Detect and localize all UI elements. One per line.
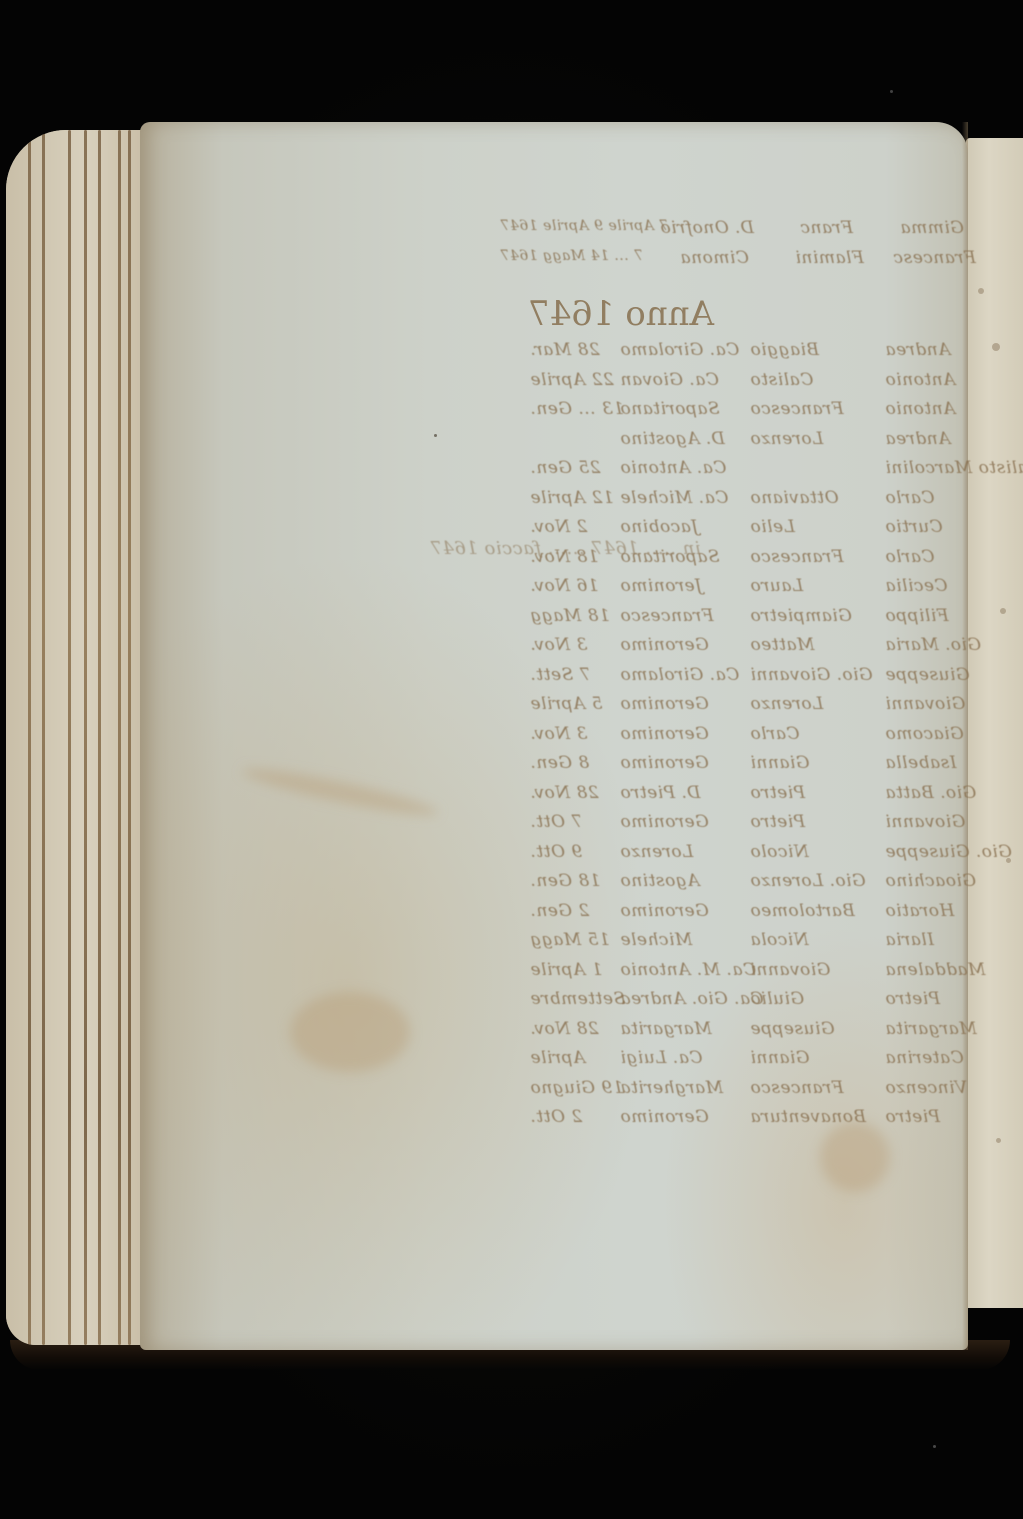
entry-godparent: Jeronimo <box>620 576 702 596</box>
entry-godparent: Jacobino <box>620 517 698 537</box>
entry-godparent: Geronimo <box>620 812 709 832</box>
entry-godparent: Margherita <box>620 1078 723 1098</box>
entry-date: 2 Ott. <box>530 1107 582 1127</box>
entry-date: 22 Aprile <box>530 370 614 390</box>
entry-father: Gianni <box>750 1048 810 1068</box>
entry-father: Bonaventura <box>750 1107 866 1127</box>
entry-date: 25 Gen. <box>530 458 601 478</box>
register-entry: VincenzoFrancescoMargherita19 Giugno <box>0 1078 1023 1104</box>
entry-name: Giovanni <box>885 812 965 832</box>
entry-father: Lorenzo <box>750 694 823 714</box>
entry-name: Cecilia <box>885 576 948 596</box>
register-entry: HoratioBartolomeoGeronimo2 Gen. <box>0 901 1023 927</box>
year-heading: Anno 1647 <box>528 294 714 334</box>
register-entry: AntonioCalistoCa. Giovan22 Aprile <box>0 370 1023 396</box>
entry-date: 7 Aprile 9 Aprile 1647 <box>500 218 668 234</box>
header-entry: Gimma Franc D. Onofrio 7 Aprile 9 Aprile… <box>0 218 1023 244</box>
entry-date: 7 Sett. <box>530 665 591 685</box>
register-entry: AndreaBiaggioCa. Girolamo28 Mar. <box>0 340 1023 366</box>
entry-father: Giovanni <box>750 960 830 980</box>
register-entry: PietroBonaventuraGeronimo2 Ott. <box>0 1107 1023 1133</box>
register-entry: GioachinoGio. LorenzoAgostino18 Gen. <box>0 871 1023 897</box>
entry-godparent: Agostino <box>620 871 700 891</box>
register-entry: IlariaNicolaMichele15 Magg <box>0 930 1023 956</box>
entry-father: Nicolo <box>750 842 809 862</box>
entry-date: 28 Nov. <box>530 1019 599 1039</box>
register-entry: MaddalenaGiovanniCa. M. Antonio1 Aprile <box>0 960 1023 986</box>
entry-date: Aprile <box>530 1048 585 1068</box>
register-entry: FilippoGiampietroFrancesco18 Magg <box>0 606 1023 632</box>
register-entry: GiovanniPietroGeronimo7 Ott. <box>0 812 1023 838</box>
entry-godparent: Francesco <box>620 606 714 626</box>
entry-name: Francesc <box>893 248 976 268</box>
entry-date: 3 Nov. <box>530 635 587 655</box>
entry-name: Caterina <box>885 1048 964 1068</box>
entry-date: 5 Aprile <box>530 694 602 714</box>
entry-father: Gio. Giovanni <box>750 665 873 685</box>
entry-name: Andrea <box>885 340 950 360</box>
entry-date: 3 Nov. <box>530 724 587 744</box>
entry-father: Pietro <box>750 783 805 803</box>
entry-godparent: Ca. Giovan <box>620 370 719 390</box>
entry-date: 28 Nov. <box>530 783 599 803</box>
entry-name: Andrea <box>885 429 950 449</box>
entry-father: Lelio <box>750 517 795 537</box>
entry-name: Giuseppe <box>885 665 970 685</box>
entry-father: Ottaviano <box>750 488 839 508</box>
entry-name: Maddalena <box>885 960 986 980</box>
register-entry: Carlo Calisto MarcoliniCa. Antonio25 Gen… <box>0 458 1023 484</box>
foxing-spot <box>996 1138 1001 1143</box>
register-entry: CaterinaGianniCa. LuigiAprile <box>0 1048 1023 1074</box>
entry-date: 19 Giugno <box>530 1078 624 1098</box>
entry-father: Francesco <box>750 547 844 567</box>
entry-godparent: D. Pietro <box>620 783 700 803</box>
entry-father: Gio. Lorenzo <box>750 871 866 891</box>
entry-father: Biaggio <box>750 340 819 360</box>
register-entry: AntonioFrancescoSaporitano13 ... Gen. <box>0 399 1023 425</box>
entry-godparent: Ca. Michele <box>620 488 728 508</box>
entry-godparent: Geronimo <box>620 635 709 655</box>
foxing-spot <box>978 288 984 294</box>
register-entry: GiuseppeGio. GiovanniCa. Girolamo7 Sett. <box>0 665 1023 691</box>
entry-father: Francesco <box>750 1078 844 1098</box>
entry-father: Giuseppe <box>750 1019 835 1039</box>
entry-date: 9 Ott. <box>530 842 582 862</box>
entry-name: Gio. Batta <box>885 783 976 803</box>
entry-name: Antonio <box>885 399 955 419</box>
entry-name: Giacomo <box>885 724 964 744</box>
dust-speck <box>890 90 893 93</box>
marginal-note: in ..... 1647 ...... faccio 1647 <box>430 538 701 559</box>
entry-name: Pietro <box>885 989 940 1009</box>
entry-date: 15 Magg <box>530 930 610 950</box>
entry-father: Nicola <box>750 930 809 950</box>
entry-name: Gioachino <box>885 871 976 891</box>
entry-date: 8 Gen. <box>530 753 589 773</box>
entry-date: 7 ... 14 Magg 1647 <box>500 248 643 264</box>
entry-godparent: D. Onofrio <box>660 218 754 238</box>
entry-date: 2 Gen. <box>530 901 589 921</box>
entry-godparent: Cimona <box>680 248 749 268</box>
entry-godparent: Ca. Luigi <box>620 1048 702 1068</box>
entry-name: Gio. Giuseppe <box>885 842 1012 862</box>
register-entry: MargaritaGiuseppeMargarita28 Nov. <box>0 1019 1023 1045</box>
dust-speck <box>933 1445 936 1448</box>
register-entry: AndreaLorenzoD. Agostino <box>0 429 1023 455</box>
entry-godparent: Geronimo <box>620 694 709 714</box>
register-entry: CarloOttavianoCa. Michele12 Aprile <box>0 488 1023 514</box>
entry-father: Calisto <box>750 370 813 390</box>
entry-father: Bartolomeo <box>750 901 855 921</box>
entry-date: 12 Aprile <box>530 488 614 508</box>
entry-name: Carlo <box>885 547 934 567</box>
entry-godparent: D. Agostino <box>620 429 725 449</box>
entry-father: Francesco <box>750 399 844 419</box>
entry-date: 18 Magg <box>530 606 610 626</box>
entry-name: Curtio <box>885 517 943 537</box>
entry-name: Gimma <box>900 218 964 238</box>
entry-father: Gianni <box>750 753 810 773</box>
entry-date: 13 ... Gen. <box>530 399 624 419</box>
entry-date: 2 Nov. <box>530 517 587 537</box>
dust-speck <box>434 434 437 437</box>
entry-name: Antonio <box>885 370 955 390</box>
entry-father: Matteo <box>750 635 815 655</box>
entry-godparent: Margarita <box>620 1019 712 1039</box>
entry-godparent: Geronimo <box>620 901 709 921</box>
entry-date: 28 Mar. <box>530 340 600 360</box>
entry-father: Franc <box>800 218 853 238</box>
entry-godparent: Ca. Girolamo <box>620 665 739 685</box>
entry-father: Pietro <box>750 812 805 832</box>
entry-father: Giampietro <box>750 606 852 626</box>
register-entry: GiacomoCarloGeronimo3 Nov. <box>0 724 1023 750</box>
entry-name: Pietro <box>885 1107 940 1127</box>
entry-date: 7 Ott. <box>530 812 582 832</box>
register-entry: Gio. MariaMatteoGeronimo3 Nov. <box>0 635 1023 661</box>
register-entry: PietroGiulioCa. Gio. AndreaSettembre <box>0 989 1023 1015</box>
entry-date: 16 Nov. <box>530 576 599 596</box>
entry-father: Flamini <box>795 248 864 268</box>
entry-name: Gio. Maria <box>885 635 981 655</box>
register-entry: GiovanniLorenzoGeronimo5 Aprile <box>0 694 1023 720</box>
entry-name: Isabella <box>885 753 957 773</box>
entry-name: Giovanni <box>885 694 965 714</box>
entry-godparent: Geronimo <box>620 724 709 744</box>
entry-godparent: Geronimo <box>620 753 709 773</box>
entry-name: Horatio <box>885 901 954 921</box>
register-entry: Gio. BattaPietroD. Pietro28 Nov. <box>0 783 1023 809</box>
entry-godparent: Lorenzo <box>620 842 693 862</box>
entry-father: Carlo <box>750 724 799 744</box>
entry-name: Carlo <box>885 488 934 508</box>
entry-godparent: Michele <box>620 930 692 950</box>
entry-date: Settembre <box>530 989 625 1009</box>
entry-date: 1 Aprile <box>530 960 602 980</box>
header-entry: Francesc Flamini Cimona 7 ... 14 Magg 16… <box>0 248 1023 274</box>
entry-godparent: Ca. M. Antonio <box>620 960 756 980</box>
entry-name: Filippo <box>885 606 949 626</box>
entry-godparent: Ca. Girolamo <box>620 340 739 360</box>
entry-godparent: Saporitano <box>620 399 720 419</box>
entry-name: Margarita <box>885 1019 977 1039</box>
register-entry: IsabellaGianniGeronimo8 Gen. <box>0 753 1023 779</box>
entry-father: Lauro <box>750 576 803 596</box>
register-entry: CeciliaLauroJeronimo16 Nov. <box>0 576 1023 602</box>
entry-name: Carlo Calisto Marcolini <box>885 458 1023 478</box>
entry-name: Vincenzo <box>885 1078 967 1098</box>
entry-godparent: Ca. Antonio <box>620 458 726 478</box>
entry-godparent: Ca. Gio. Andrea <box>620 989 764 1009</box>
entry-date: 18 Gen. <box>530 871 601 891</box>
entry-godparent: Geronimo <box>620 1107 709 1127</box>
entry-name: Ilaria <box>885 930 934 950</box>
entry-father: Lorenzo <box>750 429 823 449</box>
register-entry: Gio. GiuseppeNicoloLorenzo9 Ott. <box>0 842 1023 868</box>
